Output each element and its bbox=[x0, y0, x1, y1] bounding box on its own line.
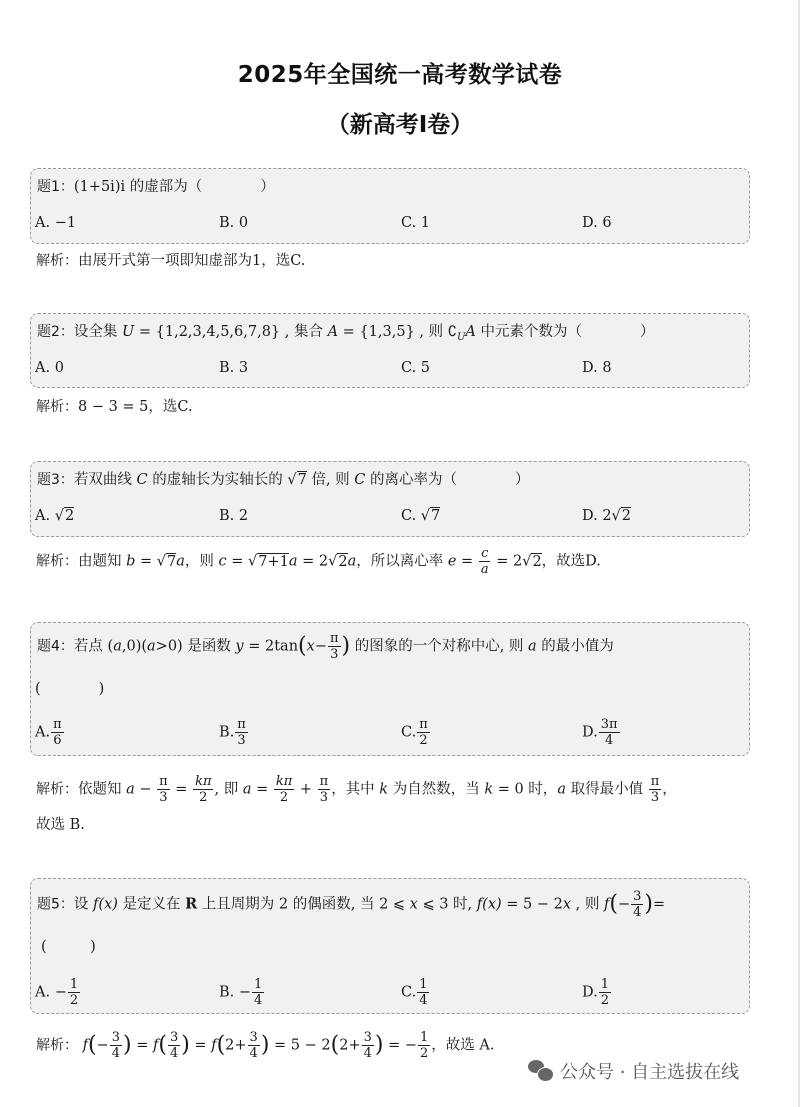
math-var: x bbox=[563, 897, 571, 913]
fraction: 34 bbox=[362, 1030, 374, 1061]
radicand: 2 bbox=[337, 553, 347, 570]
denominator: 4 bbox=[248, 1046, 260, 1061]
numerator: kπ bbox=[274, 774, 294, 790]
solution-5: 解析： f(−34) = f(34) = f(2+34) = 5 − 2(2+3… bbox=[36, 1030, 494, 1061]
fraction: 34 bbox=[110, 1030, 122, 1061]
paren: ) bbox=[181, 1033, 190, 1058]
math-var: a bbox=[113, 639, 122, 655]
operator: − bbox=[618, 897, 630, 913]
denominator: a bbox=[479, 562, 491, 577]
exam-subtitle: （新高考Ⅰ卷） bbox=[0, 106, 800, 139]
numerator: c bbox=[479, 546, 490, 562]
stem-text: 倍, 则 bbox=[307, 472, 354, 488]
numerator: π bbox=[417, 717, 430, 733]
watermark: 公众号 · 自主选拔在线 bbox=[528, 1058, 739, 1084]
fraction: 12 bbox=[599, 977, 611, 1008]
sol-text: ，故选 A. bbox=[431, 1038, 494, 1054]
question-label: 题4： bbox=[37, 639, 74, 655]
denominator: 4 bbox=[252, 993, 264, 1008]
math-var: c bbox=[219, 554, 227, 570]
fraction: π6 bbox=[51, 717, 64, 748]
sol-text: 由题知 bbox=[78, 554, 126, 570]
numerator: 3 bbox=[248, 1030, 260, 1046]
option-c: C. 5 bbox=[401, 358, 430, 378]
option-c: C.π2 bbox=[401, 717, 431, 748]
math-var: A bbox=[328, 324, 338, 340]
stem-text: 若双曲线 bbox=[74, 472, 137, 488]
sol-text: ，所以离心率 bbox=[356, 554, 448, 570]
question-4-box: 题4：若点 (a,0)(a>0) 是函数 y = 2tan(x−π3) 的图象的… bbox=[30, 622, 750, 756]
option-b: B. 3 bbox=[219, 358, 248, 378]
option-b: B. 2 bbox=[219, 506, 248, 526]
answer-blank: ( ) bbox=[35, 679, 104, 699]
stem-text: 设 bbox=[74, 897, 93, 913]
denominator: 2 bbox=[418, 1046, 430, 1061]
operator: = bbox=[269, 1038, 290, 1054]
paren: ) bbox=[644, 892, 653, 917]
fraction: π2 bbox=[417, 717, 430, 748]
fraction: π3 bbox=[235, 717, 248, 748]
question-3-box: 题3：若双曲线 C 的虚轴长为实轴长的 √7 倍, 则 C 的离心率为（ ） A… bbox=[30, 461, 750, 537]
sol-text: 取得最小值 bbox=[566, 782, 648, 798]
math-var: b bbox=[126, 554, 135, 570]
question-label: 题5： bbox=[37, 897, 74, 913]
option-d: D.3π4 bbox=[582, 717, 621, 748]
denominator: 4 bbox=[110, 1046, 122, 1061]
solution-1: 解析：由展开式第一项即知虚部为1，选C. bbox=[36, 251, 305, 271]
fraction: π3 bbox=[328, 631, 341, 662]
option-prefix: C. √ bbox=[401, 508, 430, 524]
sol-text: = 2√ bbox=[298, 554, 338, 570]
fraction: π3 bbox=[649, 774, 662, 805]
option-prefix: C. bbox=[401, 725, 416, 741]
option-prefix: A. − bbox=[35, 985, 67, 1001]
wechat-icon bbox=[528, 1060, 554, 1082]
paren: ( bbox=[158, 1033, 167, 1058]
option-a: A. −1 bbox=[35, 213, 76, 233]
denominator: 2 bbox=[68, 993, 80, 1008]
stem-text: ⩽ 3 时, bbox=[418, 897, 477, 913]
math-var: (x) bbox=[482, 897, 502, 913]
fraction: ca bbox=[479, 546, 491, 577]
question-5-stem: 题5：设 f(x) 是定义在 R 上且周期为 2 的偶函数, 当 2 ⩽ x ⩽… bbox=[37, 889, 665, 920]
math-var: k bbox=[484, 782, 493, 798]
numerator: 3π bbox=[599, 717, 620, 733]
stem-text: 的虚轴长为实轴长的 √ bbox=[148, 472, 297, 488]
numerator: π bbox=[328, 631, 341, 647]
stem-text: 中元素个数为（ ） bbox=[476, 324, 655, 340]
solution-label: 解析： bbox=[36, 253, 78, 269]
paren: ( bbox=[88, 1033, 97, 1058]
denominator: 4 bbox=[362, 1046, 374, 1061]
numerator: π bbox=[649, 774, 662, 790]
math-var: (x) bbox=[98, 897, 118, 913]
stem-text: ,0)( bbox=[122, 639, 147, 655]
stem-text: (1+5i)i 的虚部为（ ） bbox=[74, 179, 275, 195]
stem-text: 的离心率为（ ） bbox=[365, 472, 529, 488]
stem-text: , 则 bbox=[571, 897, 604, 913]
denominator: 2 bbox=[417, 733, 429, 748]
operator: = bbox=[251, 782, 272, 798]
fraction: 12 bbox=[418, 1030, 430, 1061]
sol-text: ， bbox=[662, 782, 677, 798]
operator: = bbox=[132, 1038, 153, 1054]
operator: − bbox=[97, 1038, 109, 1054]
fraction: π3 bbox=[157, 774, 170, 805]
fraction: π3 bbox=[318, 774, 331, 805]
numerator: 1 bbox=[68, 977, 80, 993]
math-var: a bbox=[557, 782, 566, 798]
solution-label: 解析： bbox=[36, 554, 78, 570]
operator: = bbox=[190, 1038, 211, 1054]
option-a: A. 0 bbox=[35, 358, 64, 378]
real-set-symbol: R bbox=[185, 896, 197, 913]
question-1-stem: 题1：(1+5i)i 的虚部为（ ） bbox=[37, 177, 275, 197]
numerator: π bbox=[235, 717, 248, 733]
option-prefix: D. bbox=[582, 985, 598, 1001]
option-a: A.π6 bbox=[35, 717, 65, 748]
stem-text: 的最小值为 bbox=[537, 639, 614, 655]
option-a: A. −12 bbox=[35, 977, 81, 1008]
fraction: 14 bbox=[417, 977, 429, 1008]
watermark-text: 公众号 · 自主选拔在线 bbox=[560, 1058, 739, 1084]
stem-text: = {1,2,3,4,5,6,7,8} , 集合 bbox=[134, 324, 327, 340]
math-var: U bbox=[122, 324, 134, 340]
math-var: a bbox=[528, 639, 537, 655]
stem-text: 若点 ( bbox=[74, 639, 113, 655]
paren: ) bbox=[342, 634, 351, 659]
question-label: 题2： bbox=[37, 324, 74, 340]
option-prefix: D. 2√ bbox=[582, 508, 621, 524]
fraction: 34 bbox=[248, 1030, 260, 1061]
sol-text: = √ bbox=[135, 554, 166, 570]
option-d: D. 6 bbox=[582, 213, 612, 233]
sol-text: = bbox=[456, 554, 477, 570]
fraction: kπ2 bbox=[274, 774, 294, 805]
operator: = bbox=[653, 897, 665, 913]
option-prefix: D. bbox=[582, 725, 598, 741]
solution-4: 解析：依题知 a − π3 = kπ2, 即 a = kπ2 + π3，其中 k… bbox=[36, 774, 677, 805]
math-var: x bbox=[307, 639, 315, 655]
fraction: 14 bbox=[252, 977, 264, 1008]
paren: ) bbox=[123, 1033, 132, 1058]
numerator: 1 bbox=[418, 1030, 430, 1046]
math-var: a bbox=[176, 554, 185, 570]
exam-title: 2025年全国统一高考数学试卷 bbox=[0, 56, 800, 89]
sol-text: 为自然数，当 bbox=[388, 782, 484, 798]
numerator: π bbox=[318, 774, 331, 790]
solution-4-line2: 故选 B. bbox=[36, 815, 85, 835]
math-var: a bbox=[147, 639, 156, 655]
denominator: 4 bbox=[631, 905, 643, 920]
solution-3: 解析：由题知 b = √7a，则 c = √7+1a = 2√2a，所以离心率 … bbox=[36, 546, 601, 577]
radicand: 2 bbox=[64, 507, 74, 524]
fraction: 12 bbox=[68, 977, 80, 1008]
operator: − bbox=[135, 782, 156, 798]
question-2-stem: 题2：设全集 U = {1,2,3,4,5,6,7,8} , 集合 A = {1… bbox=[37, 322, 654, 348]
math-var: C bbox=[137, 472, 148, 488]
stem-text: = {1,3,5} , 则 ∁ bbox=[338, 324, 457, 340]
stem-text: 设全集 bbox=[74, 324, 122, 340]
option-prefix: B. − bbox=[219, 985, 251, 1001]
fraction: 3π4 bbox=[599, 717, 620, 748]
radicand: 7 bbox=[166, 553, 176, 570]
stem-text: 上且周期为 2 的偶函数, 当 2 ⩽ bbox=[197, 897, 409, 913]
question-1-box: 题1：(1+5i)i 的虚部为（ ） A. −1 B. 0 C. 1 D. 6 bbox=[30, 168, 750, 244]
answer-blank: ( ) bbox=[41, 937, 96, 957]
stem-text: >0) 是函数 bbox=[156, 639, 236, 655]
denominator: 3 bbox=[649, 790, 661, 805]
option-prefix: B. bbox=[219, 725, 234, 741]
denominator: 3 bbox=[318, 790, 330, 805]
math-var: y bbox=[235, 639, 243, 655]
denominator: 4 bbox=[168, 1046, 180, 1061]
stem-text: 的图象的一个对称中心, 则 bbox=[350, 639, 528, 655]
sol-text: 5 − 2 bbox=[291, 1038, 331, 1054]
math-var: a bbox=[126, 782, 135, 798]
sol-text: , 即 bbox=[214, 782, 242, 798]
question-2-box: 题2：设全集 U = {1,2,3,4,5,6,7,8} , 集合 A = {1… bbox=[30, 313, 750, 388]
numerator: 3 bbox=[631, 889, 643, 905]
numerator: 1 bbox=[599, 977, 611, 993]
stem-text: = 5 − 2 bbox=[502, 897, 563, 913]
fraction: 34 bbox=[168, 1030, 180, 1061]
solution-text: 由展开式第一项即知虚部为1，选C. bbox=[78, 253, 305, 269]
radicand: 2 bbox=[621, 507, 631, 524]
question-5-box: 题5：设 f(x) 是定义在 R 上且周期为 2 的偶函数, 当 2 ⩽ x ⩽… bbox=[30, 878, 750, 1014]
option-prefix: A. √ bbox=[35, 508, 64, 524]
stem-text: 是定义在 bbox=[118, 897, 185, 913]
sol-text: 依题知 bbox=[78, 782, 126, 798]
question-4-stem: 题4：若点 (a,0)(a>0) 是函数 y = 2tan(x−π3) 的图象的… bbox=[37, 631, 614, 662]
question-label: 题1： bbox=[37, 179, 74, 195]
question-label: 题3： bbox=[37, 472, 74, 488]
sol-text: ，故选D. bbox=[542, 554, 601, 570]
operator: − bbox=[405, 1038, 417, 1054]
radicand: 7+1 bbox=[257, 553, 289, 570]
paren: ( bbox=[609, 892, 618, 917]
question-3-stem: 题3：若双曲线 C 的虚轴长为实轴长的 √7 倍, 则 C 的离心率为（ ） bbox=[37, 470, 530, 490]
sol-text: ，则 bbox=[185, 554, 219, 570]
paren: ( bbox=[217, 1033, 226, 1058]
paren: ( bbox=[298, 634, 307, 659]
numerator: 1 bbox=[252, 977, 264, 993]
option-c: C. 1 bbox=[401, 213, 430, 233]
denominator: 4 bbox=[417, 993, 429, 1008]
numerator: π bbox=[157, 774, 170, 790]
denominator: 3 bbox=[328, 647, 340, 662]
radicand: 2 bbox=[531, 553, 541, 570]
math-var: a bbox=[289, 554, 298, 570]
option-d: D. 2√2 bbox=[582, 506, 631, 526]
operator: + bbox=[295, 782, 316, 798]
numerator: 3 bbox=[110, 1030, 122, 1046]
solution-label: 解析： bbox=[36, 782, 78, 798]
option-a: A. √2 bbox=[35, 506, 74, 526]
math-var: A bbox=[465, 324, 475, 340]
math-var: C bbox=[354, 472, 365, 488]
stem-text: = 2tan bbox=[244, 639, 298, 655]
sol-text: ，其中 bbox=[331, 782, 379, 798]
math-var: k bbox=[379, 782, 388, 798]
paren: ( bbox=[331, 1033, 340, 1058]
math-var: a bbox=[348, 554, 357, 570]
denominator: 2 bbox=[278, 790, 290, 805]
sol-text: 2+ bbox=[225, 1038, 246, 1054]
denominator: 3 bbox=[235, 733, 247, 748]
radicand: 7 bbox=[297, 471, 307, 488]
option-d: D. 8 bbox=[582, 358, 612, 378]
solution-label: 解析： bbox=[36, 399, 78, 415]
fraction: 34 bbox=[631, 889, 643, 920]
solution-text: 8 − 3 = 5，选C. bbox=[78, 399, 193, 415]
option-c: C. √7 bbox=[401, 506, 440, 526]
option-prefix: A. bbox=[35, 725, 50, 741]
numerator: π bbox=[51, 717, 64, 733]
option-d: D.12 bbox=[582, 977, 612, 1008]
operator: − bbox=[315, 639, 327, 655]
sol-text: = √ bbox=[227, 554, 258, 570]
math-var: x bbox=[410, 897, 418, 913]
solution-2: 解析：8 − 3 = 5，选C. bbox=[36, 397, 193, 417]
option-b: B. −14 bbox=[219, 977, 265, 1008]
numerator: kπ bbox=[193, 774, 213, 790]
denominator: 6 bbox=[51, 733, 63, 748]
sol-text: = 2√ bbox=[492, 554, 532, 570]
option-b: B.π3 bbox=[219, 717, 249, 748]
numerator: 3 bbox=[168, 1030, 180, 1046]
sol-text: = 0 时， bbox=[493, 782, 557, 798]
numerator: 1 bbox=[417, 977, 429, 993]
denominator: 2 bbox=[197, 790, 209, 805]
option-prefix: C. bbox=[401, 985, 416, 1001]
option-c: C.14 bbox=[401, 977, 430, 1008]
fraction: kπ2 bbox=[193, 774, 213, 805]
sol-text: 2+ bbox=[339, 1038, 360, 1054]
numerator: 3 bbox=[362, 1030, 374, 1046]
option-b: B. 0 bbox=[219, 213, 248, 233]
denominator: 4 bbox=[603, 733, 615, 748]
operator: = bbox=[383, 1038, 404, 1054]
radicand: 7 bbox=[430, 507, 440, 524]
denominator: 3 bbox=[157, 790, 169, 805]
denominator: 2 bbox=[599, 993, 611, 1008]
operator: = bbox=[171, 782, 192, 798]
solution-label: 解析： bbox=[36, 1038, 78, 1054]
